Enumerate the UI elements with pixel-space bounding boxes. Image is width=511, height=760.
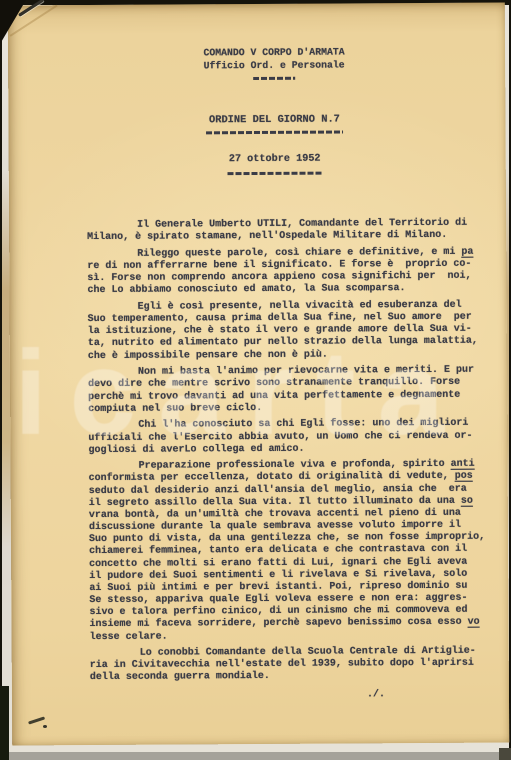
paragraph: Preparazione professionale viva e profon… (89, 459, 500, 644)
paragraph: Rileggo queste parole, così chiare e def… (87, 246, 497, 297)
document-title: ORDINE DEL GIORNO N.7 (86, 113, 462, 127)
text-line: perchè mi trovo davanti ad una vita perf… (88, 389, 498, 404)
text-line: insieme mi faceva sorridere, perchè sape… (89, 617, 499, 632)
text-line: che Lo abbiamo conosciuto ed amato, la S… (87, 283, 497, 298)
paragraph: Egli è così presente, nella vivacità ed … (88, 299, 498, 362)
document-body: Il Generale Umberto UTILI, Comandante de… (87, 218, 500, 685)
paper-sheet: COMANDO V CORPO D'ARMATA Ufficio Ord. e … (8, 2, 510, 745)
text-line: ufficiali che l'Esercito abbia avuto, un… (88, 430, 498, 445)
underlined-syllable: pa (461, 246, 473, 257)
command-header: COMANDO V CORPO D'ARMATA Ufficio Ord. e … (86, 46, 462, 73)
text-line: che è impossibile pensare che non è più. (88, 348, 498, 363)
paragraph: Il Generale Umberto UTILI, Comandante de… (87, 218, 497, 245)
text-line: della seconda guerra mondiale. (90, 670, 500, 685)
scanner-bottom-strip (0, 752, 511, 760)
ink-mark-dot (43, 725, 47, 728)
scanner-corner-dark-right (499, 748, 511, 760)
text-line: lesse celare. (90, 629, 500, 644)
paragraph: Lo conobbi Comandante della Scuola Centr… (90, 646, 500, 685)
header-rule (253, 77, 295, 80)
continuation-mark: ./. (367, 689, 385, 700)
command-header-line2: Ufficio Ord. e Personale (86, 58, 462, 73)
typed-content: COMANDO V CORPO D'ARMATA Ufficio Ord. e … (8, 2, 510, 745)
document-date: 27 ottobre 1952 (87, 153, 463, 166)
underlined-syllable: vo (468, 617, 480, 628)
text-line: Milano, è spirato stamane, nell'Ospedale… (87, 230, 497, 245)
paragraph: Non mi basta l'animo per rievocarne vita… (88, 365, 498, 416)
underlined-syllable: so (461, 495, 473, 506)
paragraph: Chi l'ha conosciuto sa chi Egli fosse: u… (88, 418, 498, 457)
title-rule (206, 130, 343, 134)
date-rule (227, 172, 322, 175)
text-line: ta, nutrito ed alimentato pur nello stra… (88, 336, 498, 351)
text-line: gogliosi di averLo collega ed amico. (88, 442, 498, 457)
scanner-corner-dark-left (0, 686, 9, 760)
document-header: COMANDO V CORPO D'ARMATA Ufficio Ord. e … (86, 3, 462, 5)
underlined-syllable: anti (451, 459, 475, 470)
text-line: compiuta nel suo breve ciclo. (88, 401, 498, 416)
document-page: COMANDO V CORPO D'ARMATA Ufficio Ord. e … (0, 0, 511, 760)
underlined-syllable: pos (455, 471, 473, 482)
